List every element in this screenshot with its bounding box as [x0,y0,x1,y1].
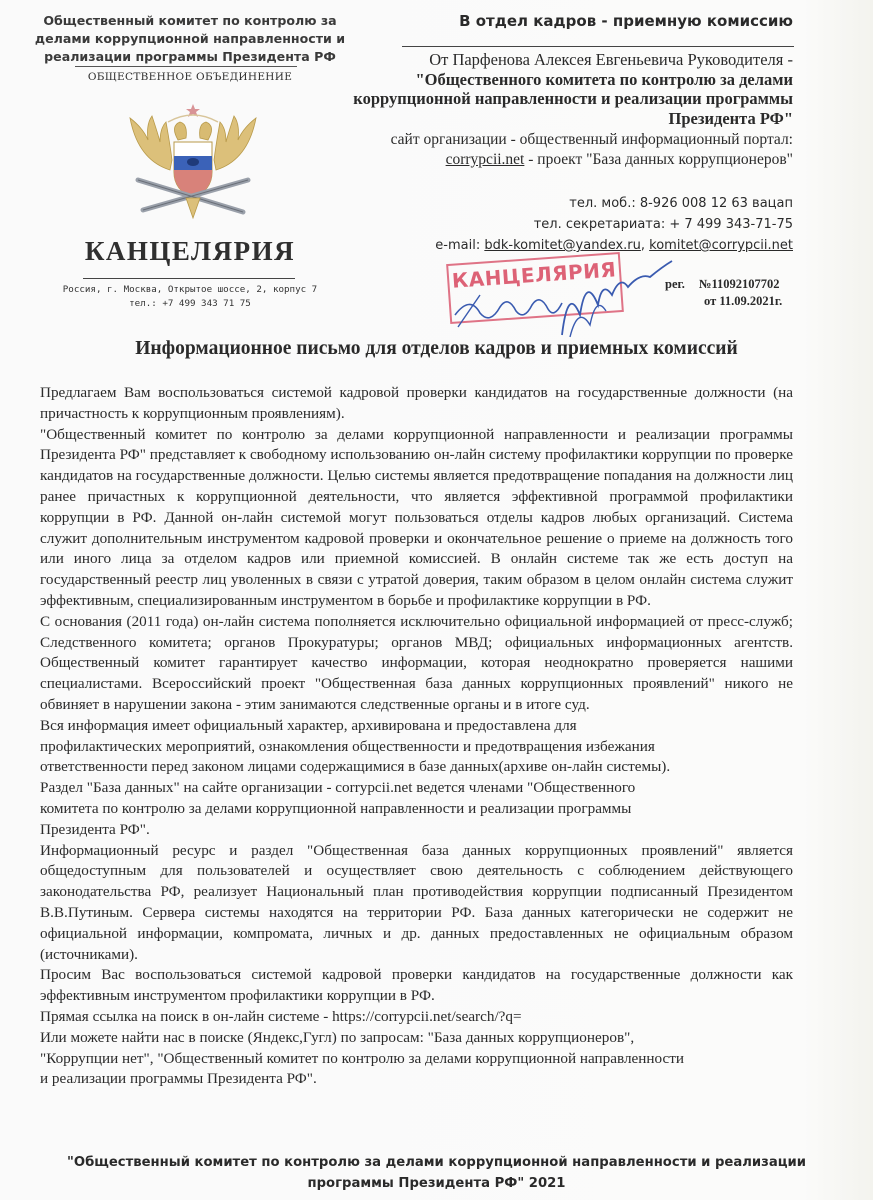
site-suffix: - проект "База данных коррупционеров" [524,151,793,168]
divider [75,66,297,67]
address-line: Россия, г. Москва, Открытое шоссе, 2, ко… [20,283,360,297]
line: Раздел "База данных" на сайте организаци… [40,779,635,796]
email-label: e-mail: [435,238,484,253]
line: ответственности перед законом лицами сод… [40,758,670,775]
letter-title: Информационное письмо для отделов кадров… [0,338,873,360]
email-link-1[interactable]: bdk-komitet@yandex.ru [484,238,641,253]
paragraph: Предлагаем Вам воспользоваться системой … [40,383,793,425]
org-subtitle: ОБЩЕСТВЕННОЕ ОБЪЕДИНЕНИЕ [20,71,360,83]
paragraph: С основания (2011 года) он-лайн система … [40,612,793,716]
paragraph: Вся информация имеет официальный характе… [40,716,793,778]
double-headed-eagle-emblem-icon [108,100,278,230]
line: "Коррупции нет", "Общественный комитет п… [40,1050,684,1067]
line: профилактических мероприятий, ознакомлен… [40,738,655,755]
paragraph: Прямая ссылка на поиск в он-лайн системе… [40,1007,793,1028]
email-link-2[interactable]: komitet@corrypcii.net [649,238,793,253]
line: Вся информация имеет официальный характе… [40,717,577,734]
sender-name: От Парфенова Алексея Евгеньевича Руковод… [353,50,793,70]
phone-line: тел.: +7 499 343 71 75 [20,297,360,311]
sender-organization: "Общественного комитета по контролю за д… [353,70,793,128]
chancery-title: КАНЦЕЛЯРИЯ [20,236,360,267]
email-separator: , [641,238,649,253]
paragraph: Или можете найти нас в поиске (Яндекс,Гу… [40,1028,793,1090]
line: Или можете найти нас в поиске (Яндекс,Гу… [40,1029,634,1046]
letter-body: Предлагаем Вам воспользоваться системой … [40,383,793,1090]
divider [83,278,295,279]
registration-info: рег.№11092107702 от 11.09.2021г. [665,276,815,310]
mobile-phone: тел. моб.: 8-926 008 12 63 вацап [323,193,793,214]
paragraph: Информационный ресурс и раздел "Обществе… [40,841,793,966]
search-link[interactable]: https://corrypcii.net/search/?q= [332,1008,522,1025]
line: и реализации программы Президента РФ". [40,1070,317,1087]
search-link-label: Прямая ссылка на поиск в он-лайн системе… [40,1008,332,1025]
site-prefix: сайт организации - общественный информац… [391,131,793,148]
sender-block: От Парфенова Алексея Евгеньевича Руковод… [353,50,793,128]
website-info: сайт организации - общественный информац… [353,130,793,170]
site-link[interactable]: corrypcii.net [446,151,525,168]
letter-page: Общественный комитет по контролю за дела… [0,0,873,1200]
contacts-block: тел. моб.: 8-926 008 12 63 вацап тел. се… [323,193,793,256]
paragraph: Раздел "База данных" на сайте организаци… [40,778,793,840]
line: комитета по контролю за делами коррупцио… [40,800,631,817]
recipient-line: В отдел кадров - приемную комиссию [459,12,793,30]
registration-date: от 11.09.2021г. [665,293,815,310]
line: Президента РФ". [40,821,150,838]
registration-label: рег. [665,277,685,291]
email-line: e-mail: bdk-komitet@yandex.ru, komitet@c… [323,235,793,256]
divider [402,46,794,47]
footer-line: программы Президента РФ" 2021 [0,1173,873,1194]
signature-icon [450,255,680,345]
org-title: Общественный комитет по контролю за дела… [20,12,360,66]
paragraph: Просим Вас воспользоваться системой кадр… [40,965,793,1007]
registration-number: №11092107702 [699,277,780,291]
paragraph: "Общественный комитет по контролю за дел… [40,425,793,612]
footer-line: "Общественный комитет по контролю за дел… [0,1152,873,1173]
chancery-address: Россия, г. Москва, Открытое шоссе, 2, ко… [20,283,360,311]
secretariat-phone: тел. секретариата: + 7 499 343-71-75 [323,214,793,235]
footer: "Общественный комитет по контролю за дел… [0,1152,873,1194]
